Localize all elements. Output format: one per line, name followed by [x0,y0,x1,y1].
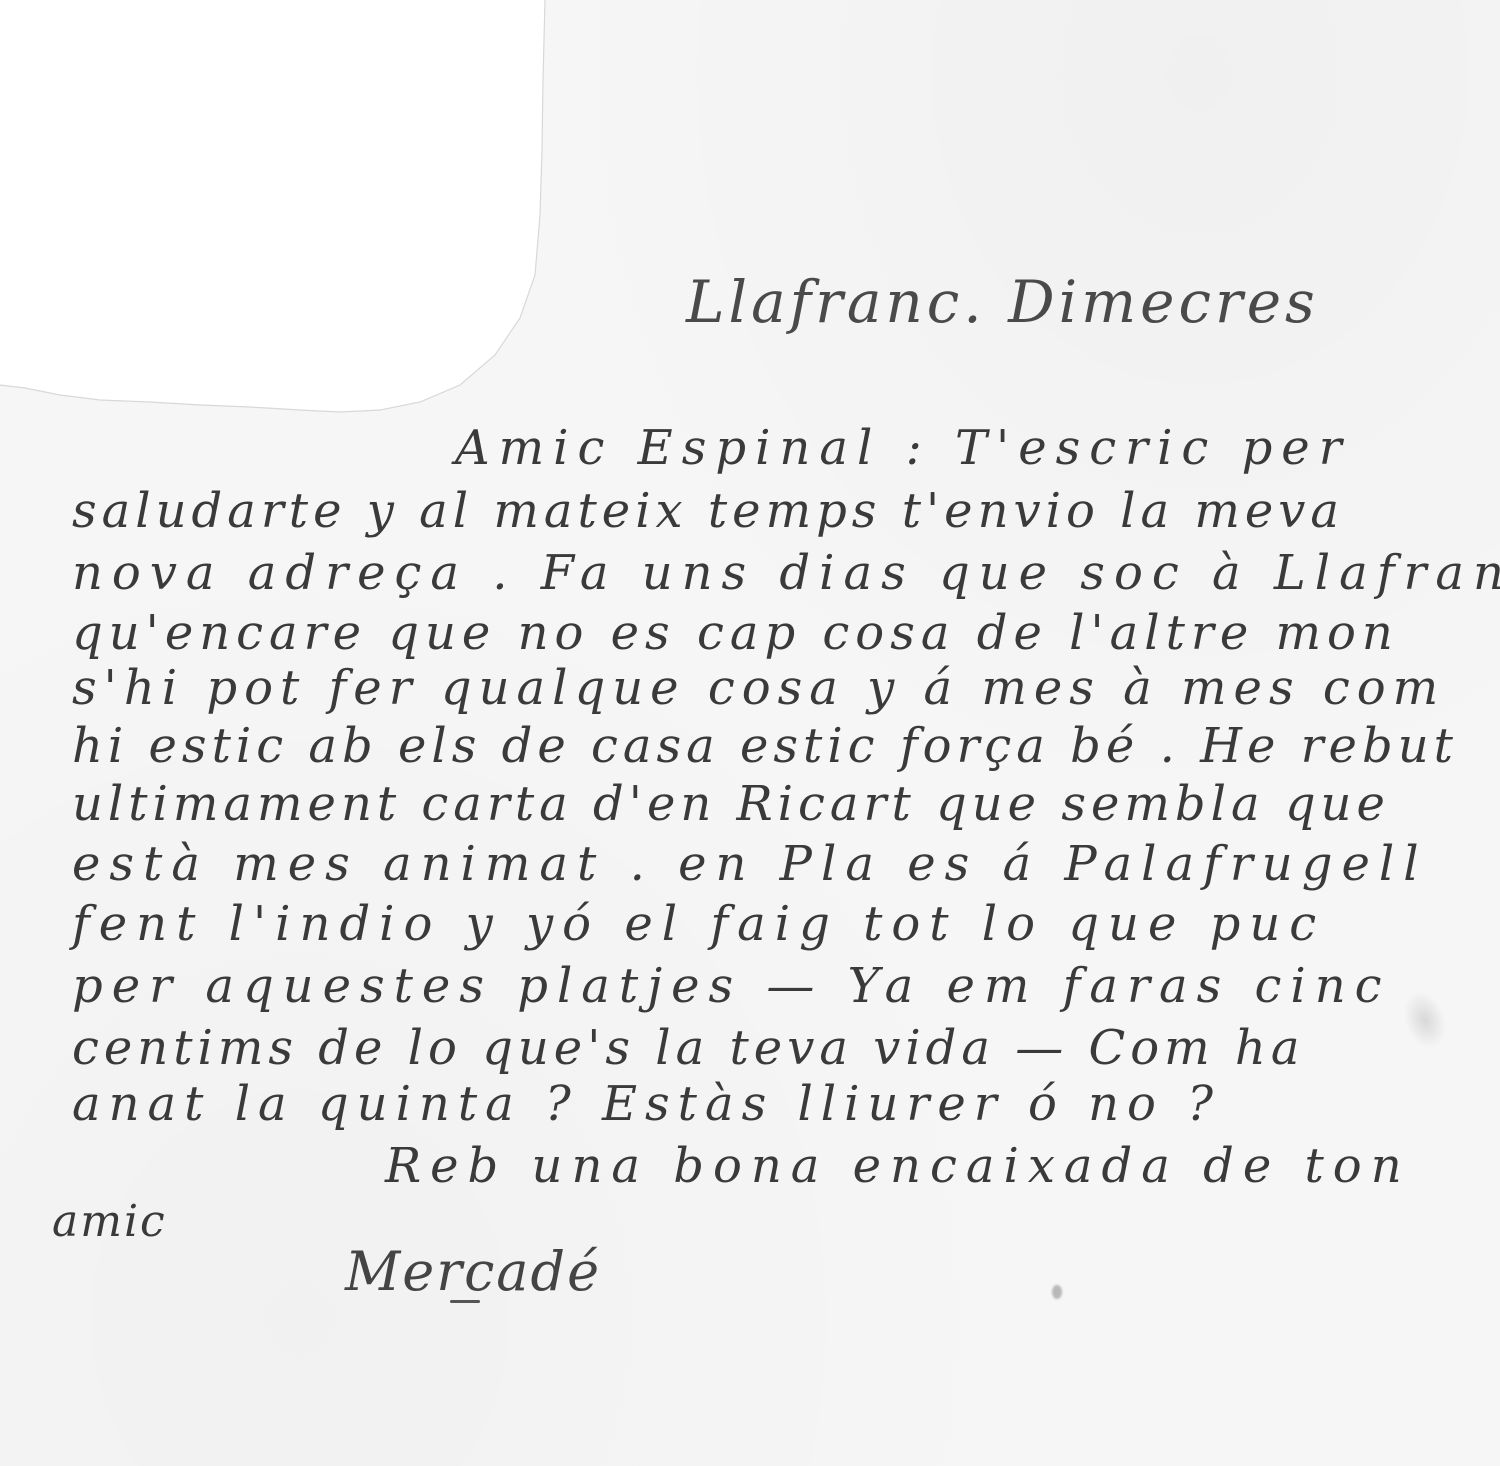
dateline: Llafranc. Dimecres [686,268,1319,336]
letter-line: per aquestes platjes — Ya em faras cinc [72,958,1391,1014]
letter-line: fent l'indio y yó el faig tot lo que puc [72,896,1325,952]
letter-line: Reb una bona encaixada de ton [385,1138,1411,1194]
letter-line: hi estic ab els de casa estic força bé .… [72,718,1458,774]
letter-line: ultimament carta d'en Ricart que sembla … [72,776,1390,832]
paper-spot [1052,1285,1062,1299]
closing: amic [52,1196,167,1247]
signature: Mercadé [345,1240,601,1303]
letter-line: està mes animat . en Pla es á Palafrugel… [72,836,1428,892]
letter-line: anat la quinta ? Estàs lliurer ó no ? [72,1076,1221,1132]
torn-corner-edge [0,0,560,420]
letter-line: s'hi pot fer qualque cosa y á mes à mes … [72,660,1445,716]
letter-line: saludarte y al mateix temps t'envio la m… [72,483,1344,539]
letter-line: qu'encare que no es cap cosa de l'altre … [72,605,1399,661]
signature-underline [450,1300,480,1303]
letter-line: nova adreça . Fa uns dias que soc à Llaf… [72,545,1500,601]
letter-line: centims de lo que's la teva vida — Com h… [72,1020,1304,1076]
letter-line: Amic Espinal : T'escric per [455,420,1351,476]
